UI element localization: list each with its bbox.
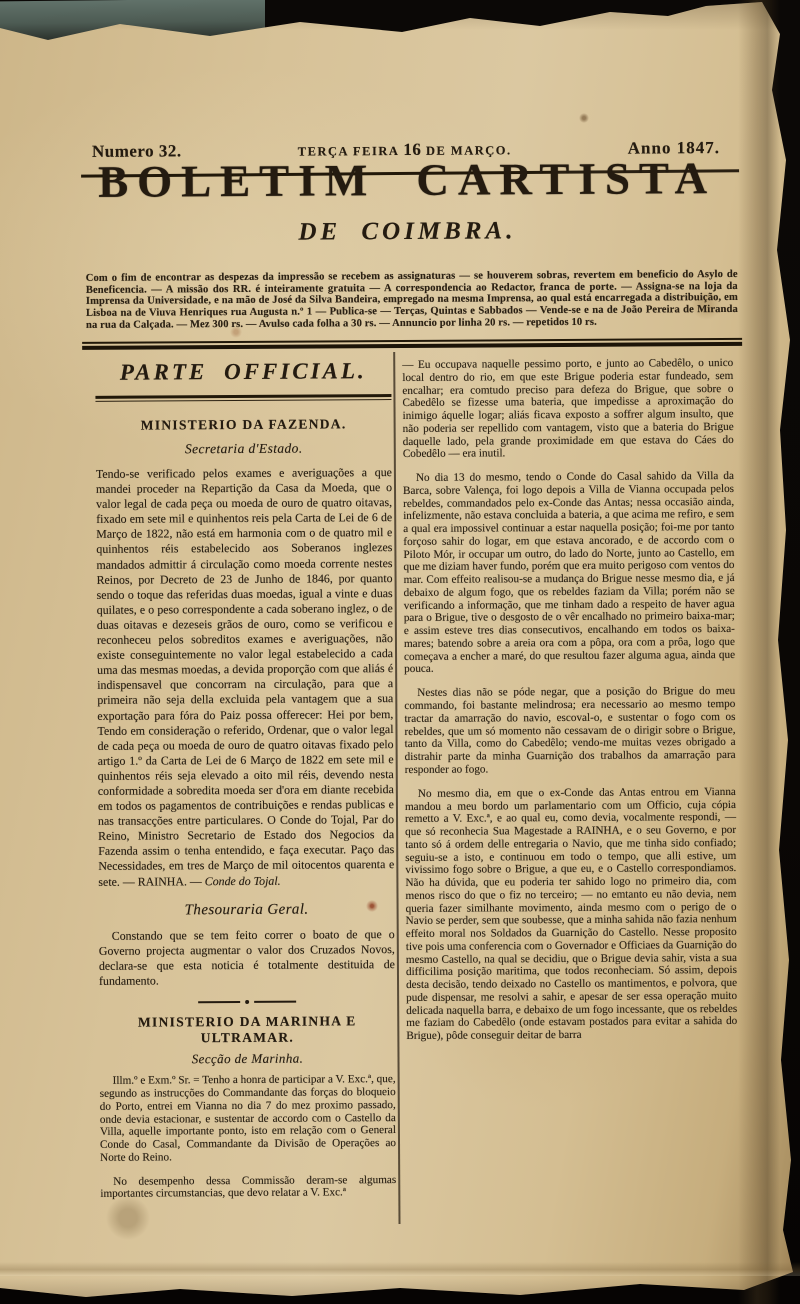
ornament-divider xyxy=(99,999,395,1005)
article-subheading-fazenda: Secretaria d'Estado. xyxy=(96,440,392,458)
report-paragraph-3: Nestes dias não se póde negar, que a pos… xyxy=(404,685,736,776)
scanner-background: Numero 32. TERÇA FEIRA 16 DE MARÇO. Anno… xyxy=(0,0,800,1304)
fazenda-decree-text: Tendo-se verificado pelos exames e averi… xyxy=(96,465,395,889)
masthead-notice: Com o fim de encontrar as despezas da im… xyxy=(86,269,738,333)
report-paragraph-1: — Eu occupava naquelle pessimo porto, e … xyxy=(402,357,734,461)
thesouraria-notice-text: Constando que se tem feito correr o boat… xyxy=(99,927,395,989)
article-subheading-marinha: Secção de Marinha. xyxy=(99,1050,395,1068)
article-heading-thesouraria: Thesouraria Geral. xyxy=(99,901,395,920)
masthead-rule xyxy=(82,338,742,350)
marinha-paragraph-1: Illm.º e Exm.º Sr. = Tenho a honra de pa… xyxy=(100,1073,397,1164)
ornament-line-left xyxy=(198,1001,240,1003)
ornament-dot xyxy=(245,1000,250,1005)
fazenda-decree-body: Tendo-se verificado pelos exames e averi… xyxy=(96,465,394,888)
section-rule-thin xyxy=(95,399,391,402)
ornament-line-right xyxy=(254,1001,296,1003)
article-heading-fazenda: MINISTERIO DA FAZENDA. xyxy=(96,416,392,434)
printed-content: Numero 32. TERÇA FEIRA 16 DE MARÇO. Anno… xyxy=(0,0,800,1304)
report-paragraph-4: No mesmo dia, em que o ex-Conde das Anta… xyxy=(405,786,738,1043)
masthead-title: BOLETIM CARTISTA xyxy=(57,156,757,205)
report-paragraph-2: No dia 13 do mesmo, tendo o Conde do Cas… xyxy=(403,470,735,676)
left-column: PARTE OFFICIAL. MINISTERIO DA FAZENDA. S… xyxy=(95,354,396,1212)
fazenda-signature: Conde do Tojal. xyxy=(205,873,281,887)
section-title: PARTE OFFICIAL. xyxy=(95,358,391,386)
marinha-paragraph-2: No desempenho dessa Commissão deram-se a… xyxy=(100,1174,396,1201)
section-rule-thick xyxy=(95,394,391,399)
article-heading-marinha: MINISTERIO DA MARINHA E ULTRAMAR. xyxy=(99,1013,395,1047)
section-rule xyxy=(95,394,391,402)
masthead-subtitle: DE COIMBRA. xyxy=(57,216,757,248)
right-column: — Eu occupava naquelle pessimo porto, e … xyxy=(402,353,737,1054)
